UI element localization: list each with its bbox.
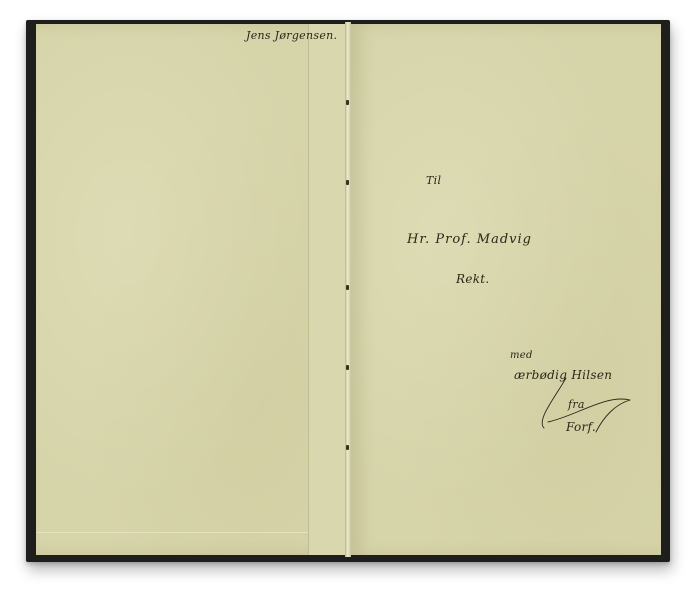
dedication-with: med xyxy=(510,350,533,361)
dedication-signature: Forf. xyxy=(566,420,596,434)
binding-stitch xyxy=(346,445,349,450)
book: Jens Jørgensen. Til Hr. Prof. Madvig Rek… xyxy=(26,20,670,562)
left-pastedown-page xyxy=(36,24,345,555)
pastedown-edge xyxy=(36,24,345,555)
dedication-to: Til xyxy=(426,174,441,187)
pastedown-fold-line xyxy=(36,532,316,533)
dedication-recipient-title: Rekt. xyxy=(456,272,490,286)
binding-stitch xyxy=(346,100,349,105)
dedication-recipient: Hr. Prof. Madvig xyxy=(407,232,532,247)
binding-stitch xyxy=(346,180,349,185)
binding-stitch xyxy=(346,285,349,290)
owner-inscription: Jens Jørgensen. xyxy=(246,29,337,42)
binding-stitch xyxy=(346,365,349,370)
dedication-from: fra xyxy=(568,398,585,411)
flyleaf-hinge-strip xyxy=(308,24,346,555)
right-flyleaf-page xyxy=(351,24,661,555)
